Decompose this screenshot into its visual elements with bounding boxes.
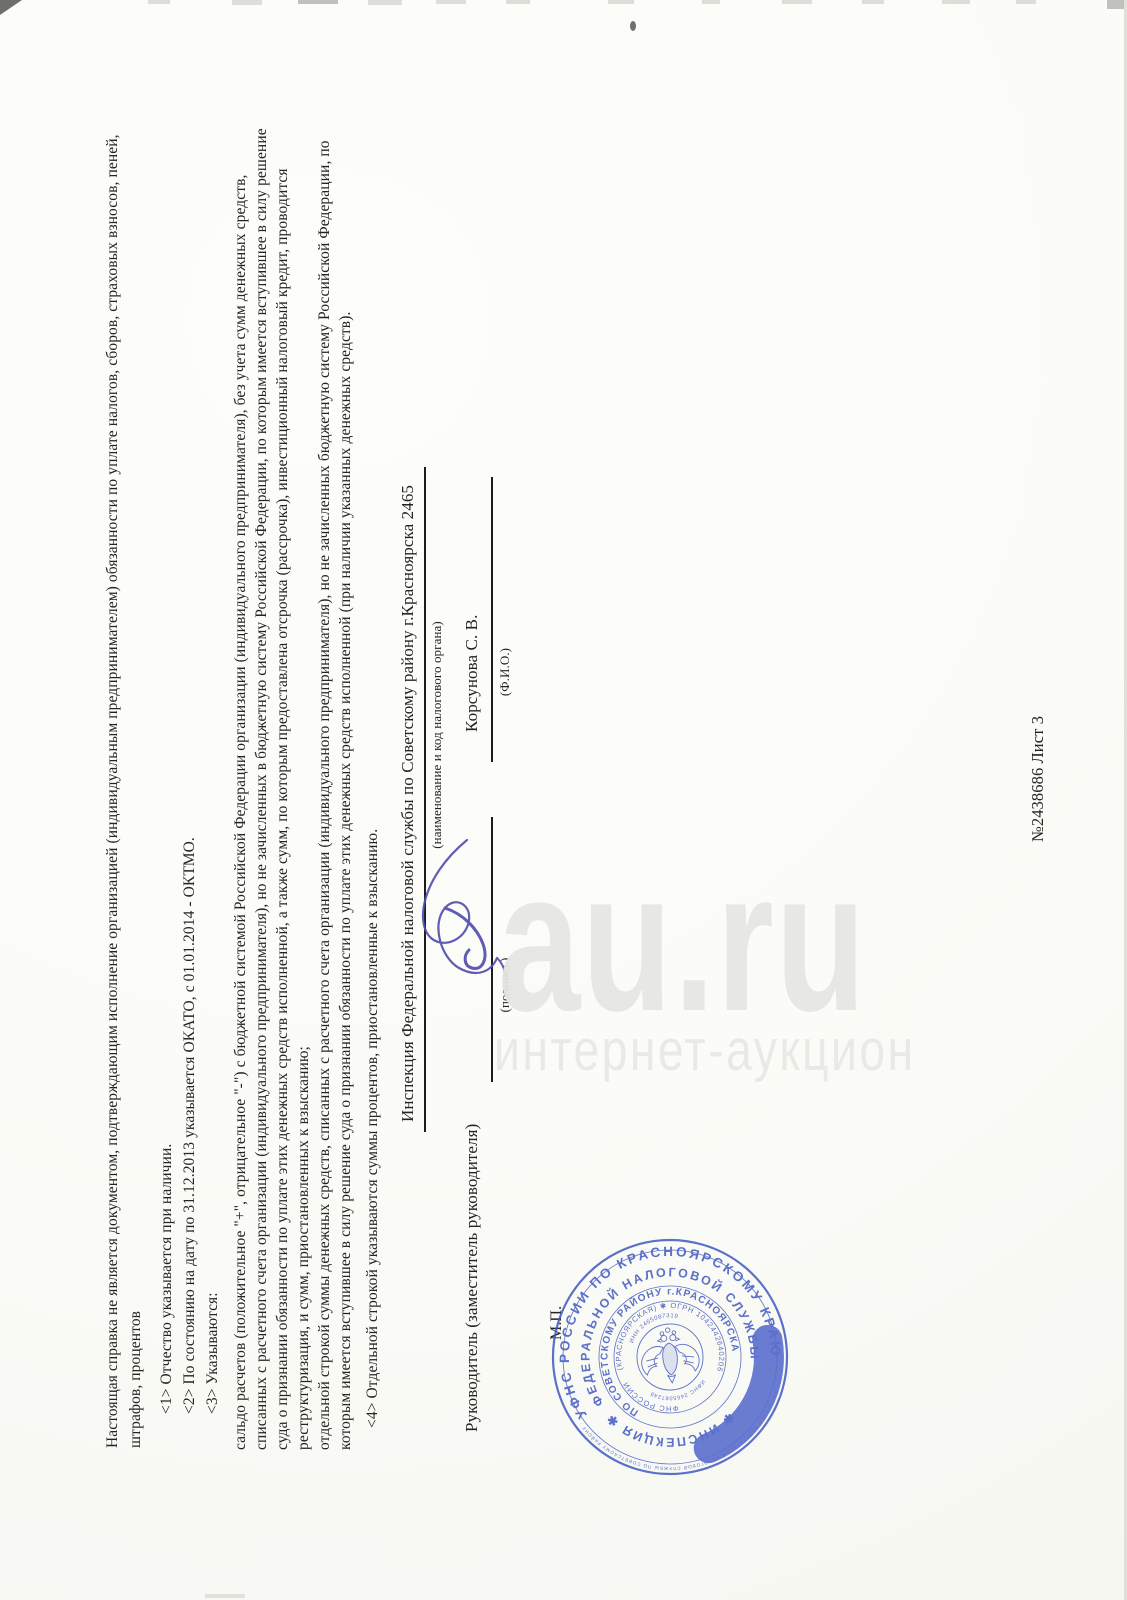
intro-line: Настоящая справка не является документом… [104,134,122,1448]
scan-artifact [0,0,22,15]
scan-artifact [368,0,402,5]
stamp-ring5-bottom-text: ИФНС 2465087248 [648,1378,707,1402]
scan-artifact [148,0,170,4]
scan-artifact [630,21,636,31]
paragraph-line: сальдо расчетов (положительное "+", отри… [232,175,250,1450]
authority-underline [424,467,426,1132]
fio-caption: (Ф.И.О.) [497,552,513,792]
scan-artifact [298,0,338,4]
scan-artifact [205,1594,245,1598]
paragraph-line: реструктуризация, и сумм, приостановленн… [295,1046,313,1450]
signature-ink [405,835,510,1020]
watermark-subtitle: интернет-аукцион [494,1022,916,1080]
paragraph-line: отдельной строкой суммы денежных средств… [316,140,334,1450]
paragraph-line: которым имеется вступившее в силу решени… [337,312,355,1450]
scan-artifact [1016,0,1036,4]
sheet-number: №2438686 Лист 3 [1028,716,1048,842]
scan-artifact [506,0,530,4]
scan-artifact [436,0,466,4]
scan-artifact [942,0,970,4]
authority-name: Инспекция Федеральной налоговой службы п… [398,485,418,1122]
footnote-line-2: <2> По состоянию на дату по 31.12.2013 у… [181,837,199,1414]
scan-artifact [862,0,884,4]
footnote-line-4: <4> Отдельной строкой указываются суммы … [364,829,382,1428]
scan-artifact [702,0,720,4]
scanned-document-page: Настоящая справка не является документом… [0,0,1127,1600]
footnote-line-1: <1> Отчество указывается при наличии. [158,1144,176,1414]
eagle-emblem [639,1325,701,1385]
role-label: Руководитель (заместитель руководителя) [462,1124,482,1432]
stamp-ink-blotch [700,1340,777,1448]
footnote-line-3: <3> Указываются: [204,1292,222,1414]
scan-artifact [608,0,634,4]
fio-name: Корсунова С. В. [462,615,482,732]
scan-artifact [232,0,262,5]
scan-artifact [782,0,812,4]
tax-stamp: УФНС РОССИИ ПО КРАСНОЯРСКОМУ КРАЮ · ИНСП… [546,1233,794,1481]
fio-line [491,477,493,762]
paragraph-line: суда о признании обязанности по уплате э… [274,168,292,1450]
paragraph-line: списанных с расчетного счета организации… [253,128,271,1450]
watermark-title: au.ru [498,842,867,1042]
intro-line: штрафов, процентов [127,1311,145,1448]
svg-text:ИФНС 2465087248: ИФНС 2465087248 [648,1378,707,1402]
